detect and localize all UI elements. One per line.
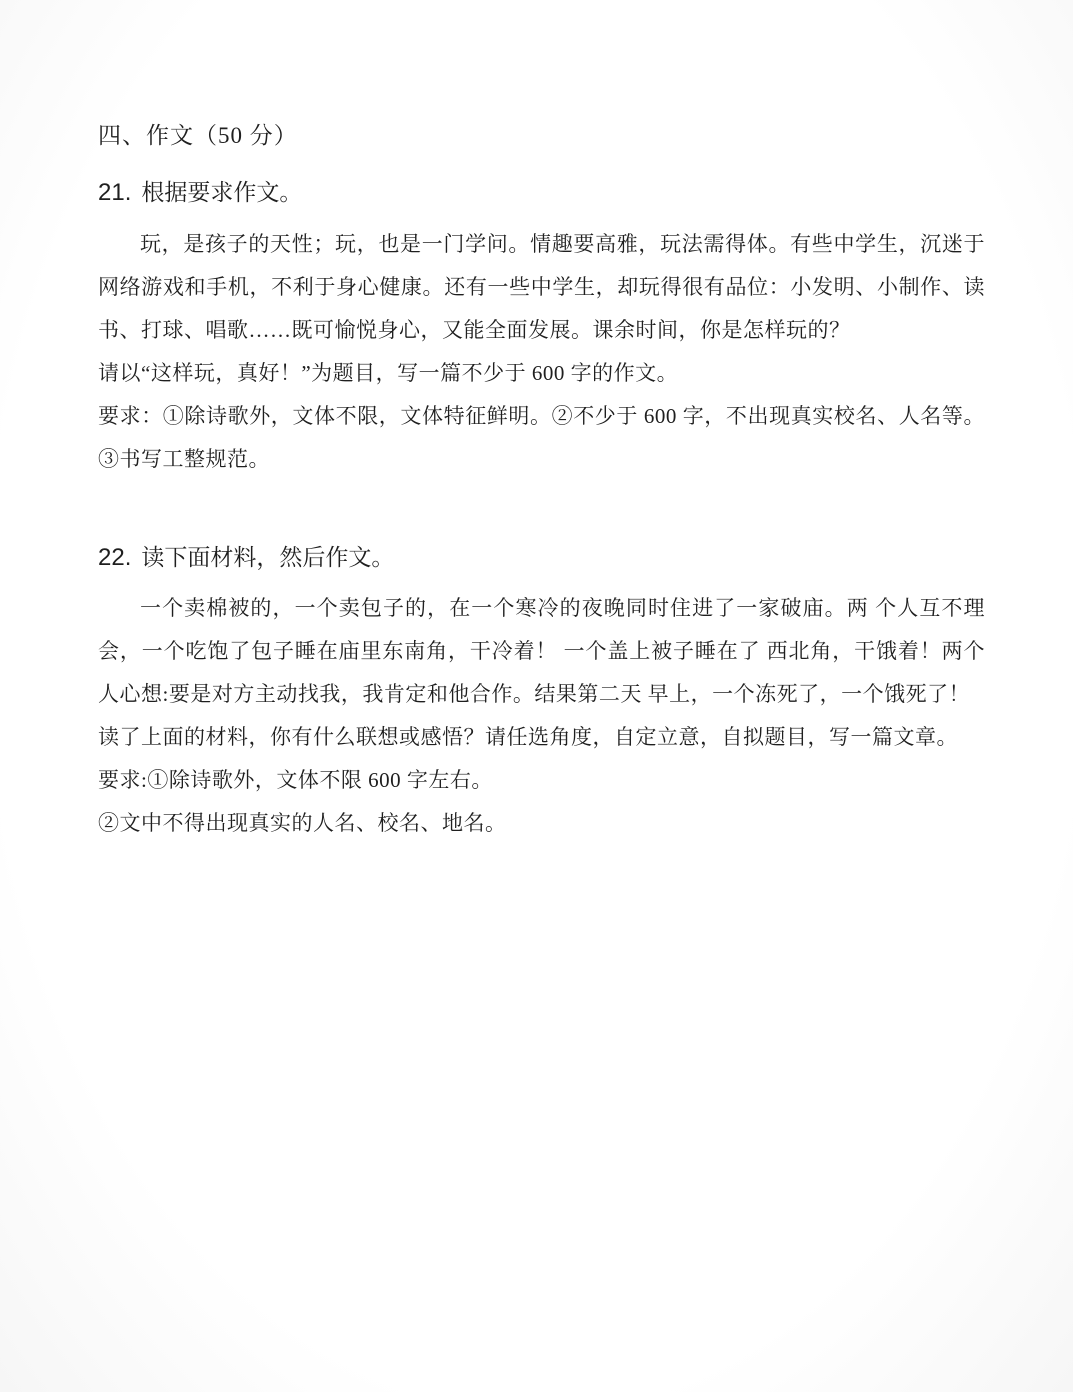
- question-22-reflection-line: 读了上面的材料，你有什么联想或感悟？请任选角度，自定立意，自拟题目，写一篇文章。: [98, 716, 985, 759]
- question-21-title-line: 请以“这样玩，真好！”为题目，写一篇不少于 600 字的作文。: [98, 352, 985, 395]
- question-21-head: 21.根据要求作文。: [98, 174, 985, 212]
- question-21: 21.根据要求作文。 玩，是孩子的天性；玩，也是一门学问。情趣要高雅，玩法需得体…: [98, 174, 985, 480]
- exam-page: 四、作文（50 分） 21.根据要求作文。 玩，是孩子的天性；玩，也是一门学问。…: [0, 0, 1073, 1392]
- question-22-requirement-2: ②文中不得出现真实的人名、校名、地名。: [98, 802, 985, 845]
- section-heading: 四、作文（50 分）: [98, 120, 985, 152]
- question-22-head: 22.读下面材料，然后作文。: [98, 539, 985, 577]
- question-22-prompt: 读下面材料，然后作文。: [141, 545, 394, 570]
- question-21-material: 玩，是孩子的天性；玩，也是一门学问。情趣要高雅，玩法需得体。有些中学生，沉迷于网…: [98, 223, 985, 352]
- question-21-prompt: 根据要求作文。: [141, 180, 302, 205]
- question-22-number: 22.: [98, 544, 131, 571]
- question-21-number: 21.: [98, 179, 131, 206]
- question-21-requirements: 要求：①除诗歌外，文体不限，文体特征鲜明。②不少于 600 字，不出现真实校名、…: [98, 395, 985, 481]
- question-22-material: 一个卖棉被的，一个卖包子的，在一个寒冷的夜晚同时住进了一家破庙。两 个人互不理会…: [98, 587, 985, 716]
- question-22-requirement-1: 要求:①除诗歌外，文体不限 600 字左右。: [98, 759, 985, 802]
- question-22: 22.读下面材料，然后作文。 一个卖棉被的，一个卖包子的，在一个寒冷的夜晚同时住…: [98, 539, 985, 845]
